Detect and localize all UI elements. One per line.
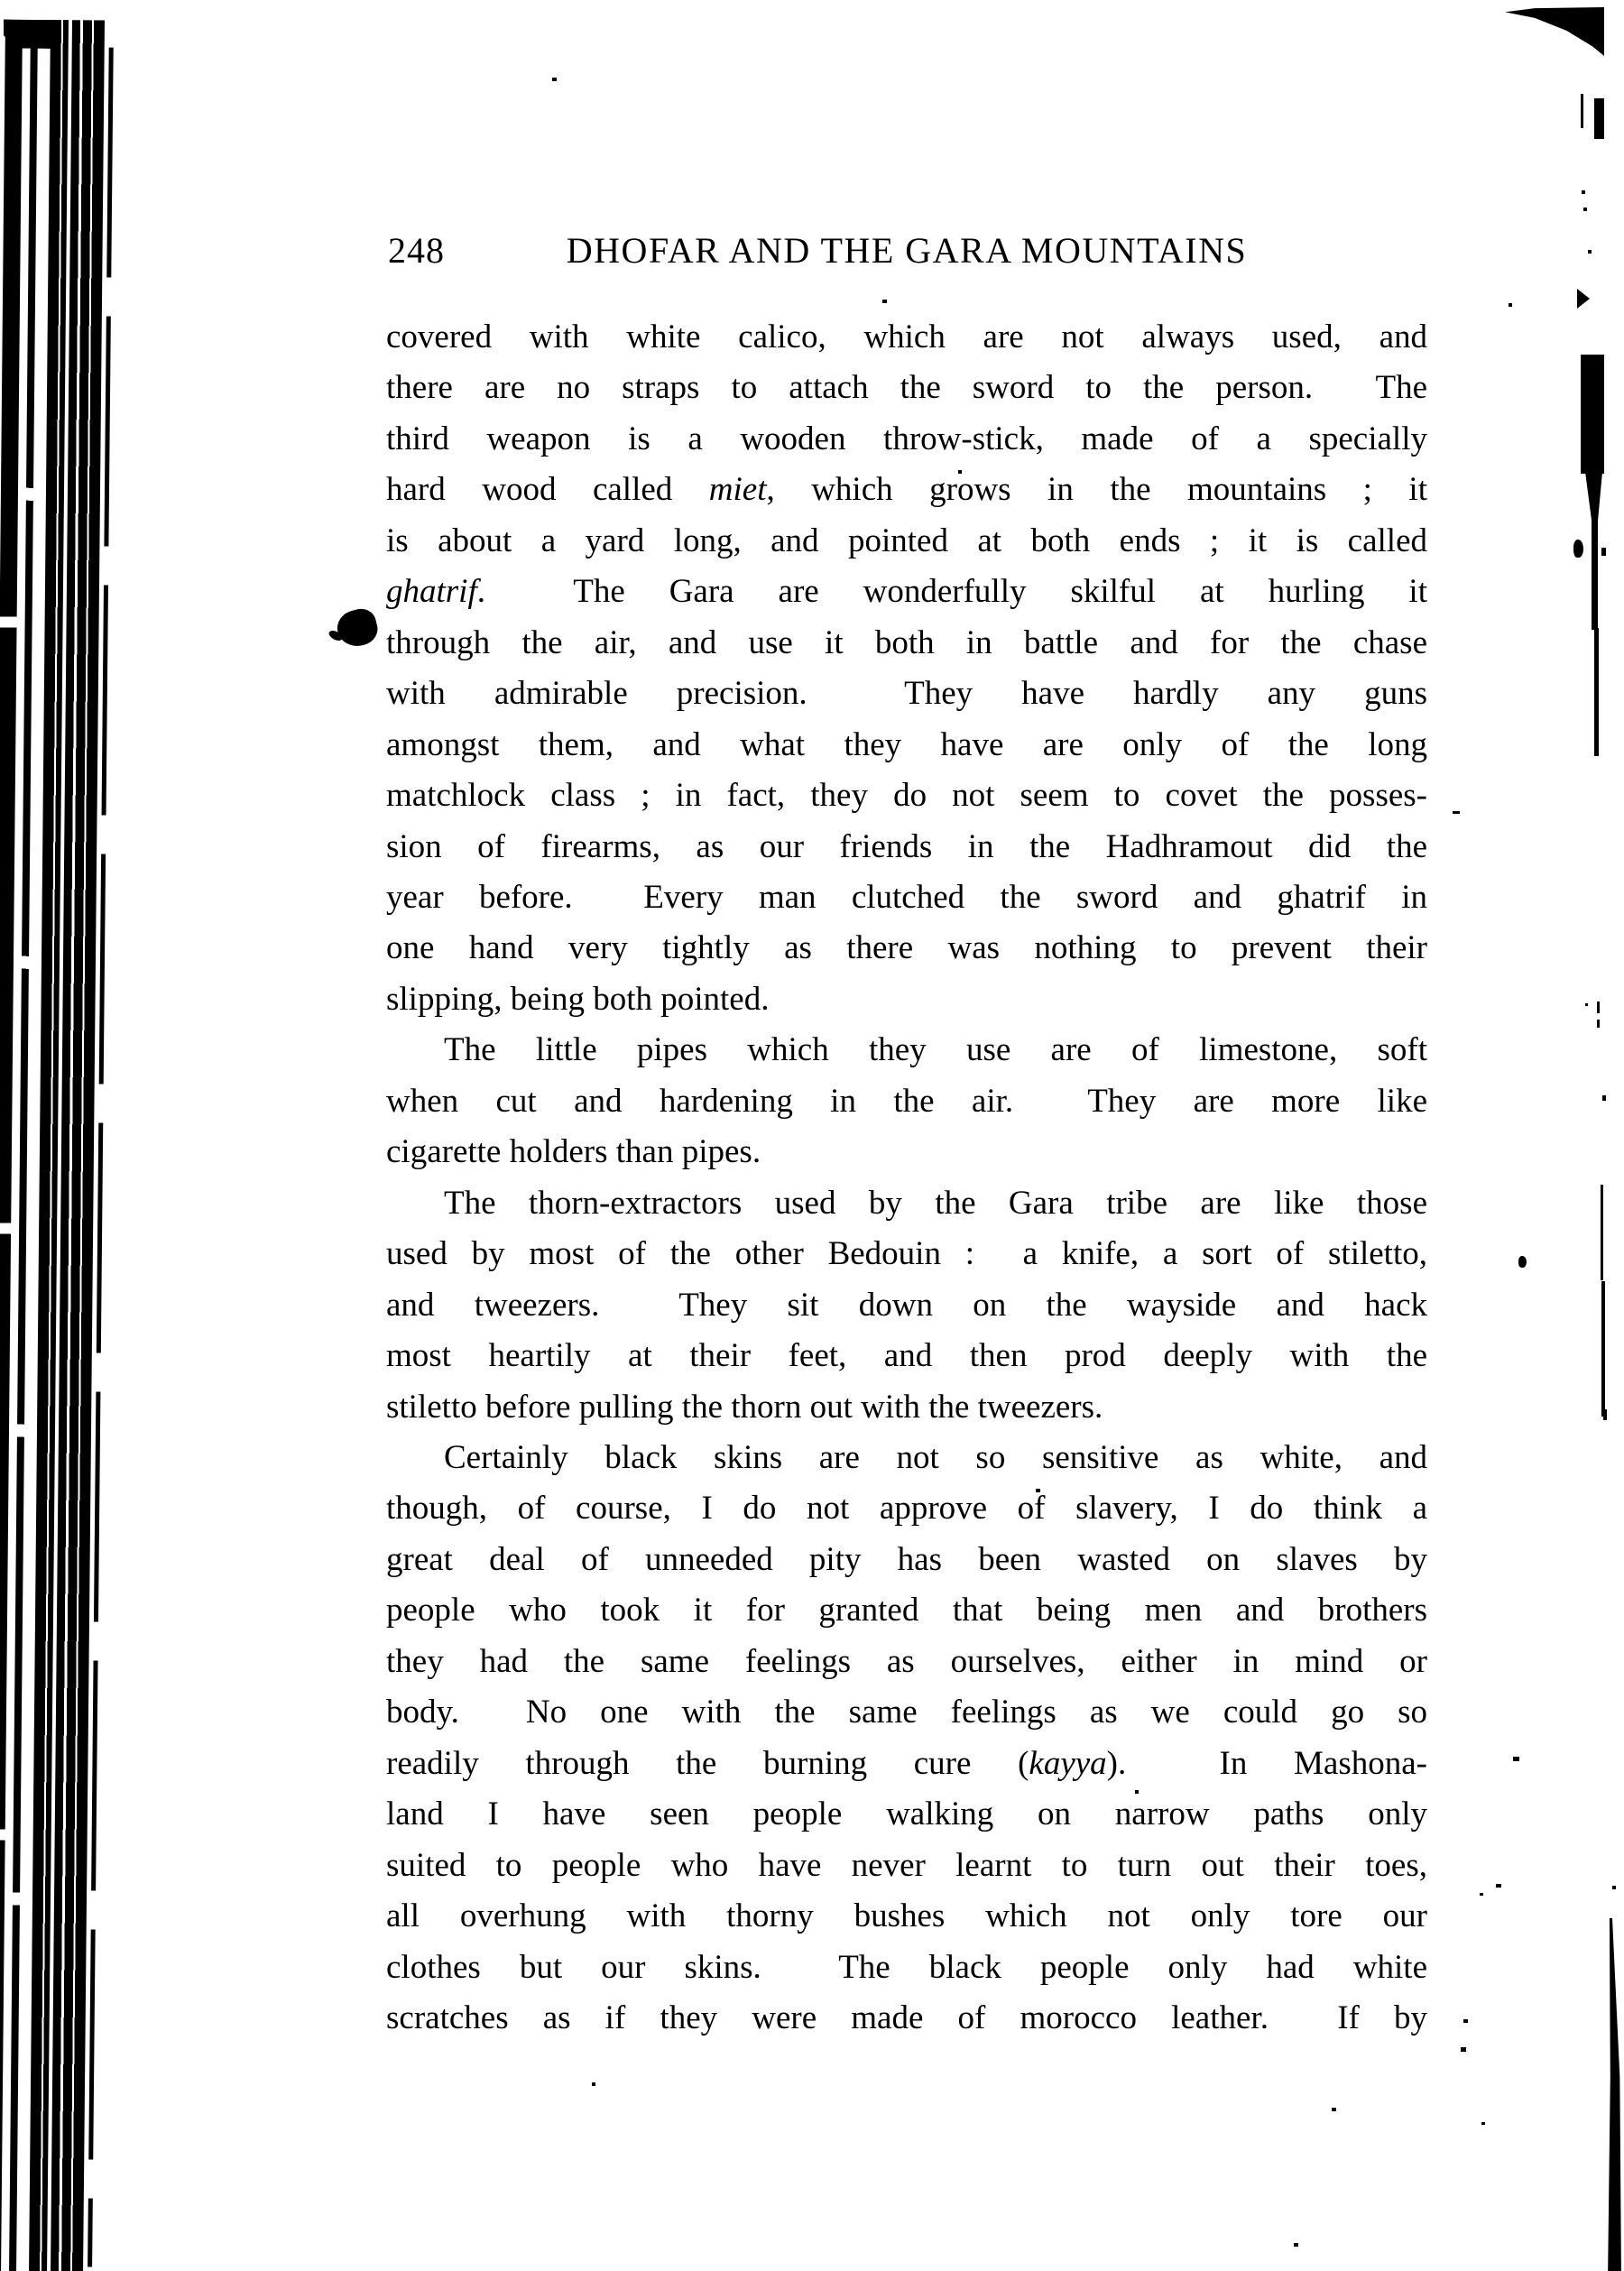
text-line: third weapon is a wooden throw-stick, ma… [386, 414, 1427, 465]
text-line: The thorn-extractors used by the Gara tr… [386, 1178, 1427, 1229]
scan-streak-taper [1585, 472, 1602, 524]
text-line: people who took it for granted that bein… [386, 1585, 1427, 1636]
scan-speck [1513, 1757, 1519, 1761]
text-line: stiletto before pulling the thorn out wi… [386, 1382, 1427, 1433]
scan-streak-thin [1601, 1281, 1605, 1417]
text-line: one hand very tightly as there was nothi… [386, 923, 1427, 974]
scanned-book-page: 248 DHOFAR AND THE GARA MOUNTAINS covere… [0, 0, 1624, 2271]
scan-speck [1583, 208, 1587, 211]
text-line: most heartily at their feet, and then pr… [386, 1331, 1427, 1381]
text-line: The little pipes which they use are of l… [386, 1025, 1427, 1075]
text-line: amongst them, and what they have are onl… [386, 720, 1427, 771]
scan-blot [1518, 1256, 1527, 1268]
scan-speck [1294, 2243, 1298, 2247]
scan-speck [1588, 250, 1592, 254]
scan-speck [1481, 2122, 1485, 2125]
scan-speck [958, 470, 962, 474]
scan-speck [1585, 1003, 1588, 1006]
text-line: suited to people who have never learnt t… [386, 1841, 1427, 1891]
scan-streak-thin [1601, 1185, 1603, 1280]
scan-streak [1581, 94, 1583, 128]
scan-dash [1597, 1020, 1600, 1028]
scan-speck [1509, 303, 1512, 307]
scan-streak [1592, 522, 1598, 630]
text-line: used by most of the other Bedouin : a kn… [386, 1229, 1427, 1279]
running-title: DHOFAR AND THE GARA MOUNTAINS [386, 233, 1427, 269]
text-line: Certainly black skins are not so sensiti… [386, 1433, 1427, 1483]
text-line: scratches as if they were made of morocc… [386, 1993, 1427, 2044]
text-line: year before. Every man clutched the swor… [386, 872, 1427, 923]
text-line: slipping, being both pointed. [386, 974, 1427, 1025]
scan-wedge-top-right [1505, 7, 1604, 56]
text-line: covered with white calico, which are not… [386, 312, 1427, 363]
scan-speck [552, 78, 557, 81]
scan-dash [1597, 1002, 1600, 1013]
text-line: there are no straps to attach the sword … [386, 363, 1427, 413]
scan-speck [1461, 2047, 1466, 2052]
scan-speck [1496, 1884, 1501, 1888]
text-line: cigarette holders than pipes. [386, 1127, 1427, 1177]
text-line: sion of firearms, as our friends in the … [386, 822, 1427, 872]
scan-speck [882, 300, 887, 303]
text-line: all overhung with thorny bushes which no… [386, 1891, 1427, 1942]
text-line: great deal of unneeded pity has been was… [386, 1535, 1427, 1585]
scan-streak [1594, 98, 1604, 139]
text-line: body. No one with the same feelings as w… [386, 1687, 1427, 1738]
scan-dash [1603, 1409, 1607, 1420]
scan-speck [1602, 1095, 1606, 1101]
text-line: hard wood called miet, which grows in th… [386, 465, 1427, 515]
scan-speck [592, 2082, 595, 2086]
scan-speck [1601, 548, 1606, 556]
scan-streak [1594, 628, 1599, 756]
text-line: though, of course, I do not approve of s… [386, 1483, 1427, 1534]
text-line: clothes but our skins. The black people … [386, 1943, 1427, 1993]
scan-blot [1577, 289, 1590, 309]
text-line: they had the same feelings as ourselves,… [386, 1637, 1427, 1687]
scan-streak-bottom-right [1602, 1918, 1622, 2271]
text-line: ghatrif. The Gara are wonderfully skilfu… [386, 567, 1427, 617]
binding-shadow-streaks [0, 19, 119, 2271]
text-line: matchlock class ; in fact, they do not s… [386, 771, 1427, 821]
page-text: covered with white calico, which are not… [386, 312, 1427, 2044]
text-line: with admirable precision. They have hard… [386, 669, 1427, 719]
scan-speck [1453, 811, 1460, 814]
text-line: when cut and hardening in the air. They … [386, 1076, 1427, 1127]
text-line: readily through the burning cure (kayya)… [386, 1739, 1427, 1789]
ink-blot [334, 605, 381, 650]
text-line: land I have seen people walking on narro… [386, 1789, 1427, 1840]
scan-speck [1612, 1886, 1616, 1889]
scan-speck [1299, 546, 1303, 549]
scan-streak-thick [1581, 355, 1604, 474]
text-line: and tweezers. They sit down on the waysi… [386, 1280, 1427, 1331]
scan-blot [1573, 540, 1583, 558]
scan-speck [1332, 2108, 1336, 2111]
text-line: is about a yard long, and pointed at bot… [386, 516, 1427, 567]
scan-speck [1036, 1489, 1040, 1492]
scan-speck [1463, 2019, 1468, 2023]
scan-speck [1480, 1893, 1483, 1896]
scan-speck [1135, 1790, 1139, 1794]
page-header: 248 DHOFAR AND THE GARA MOUNTAINS [386, 233, 1427, 274]
text-line: through the air, and use it both in batt… [386, 618, 1427, 669]
scan-speck [1582, 190, 1585, 194]
